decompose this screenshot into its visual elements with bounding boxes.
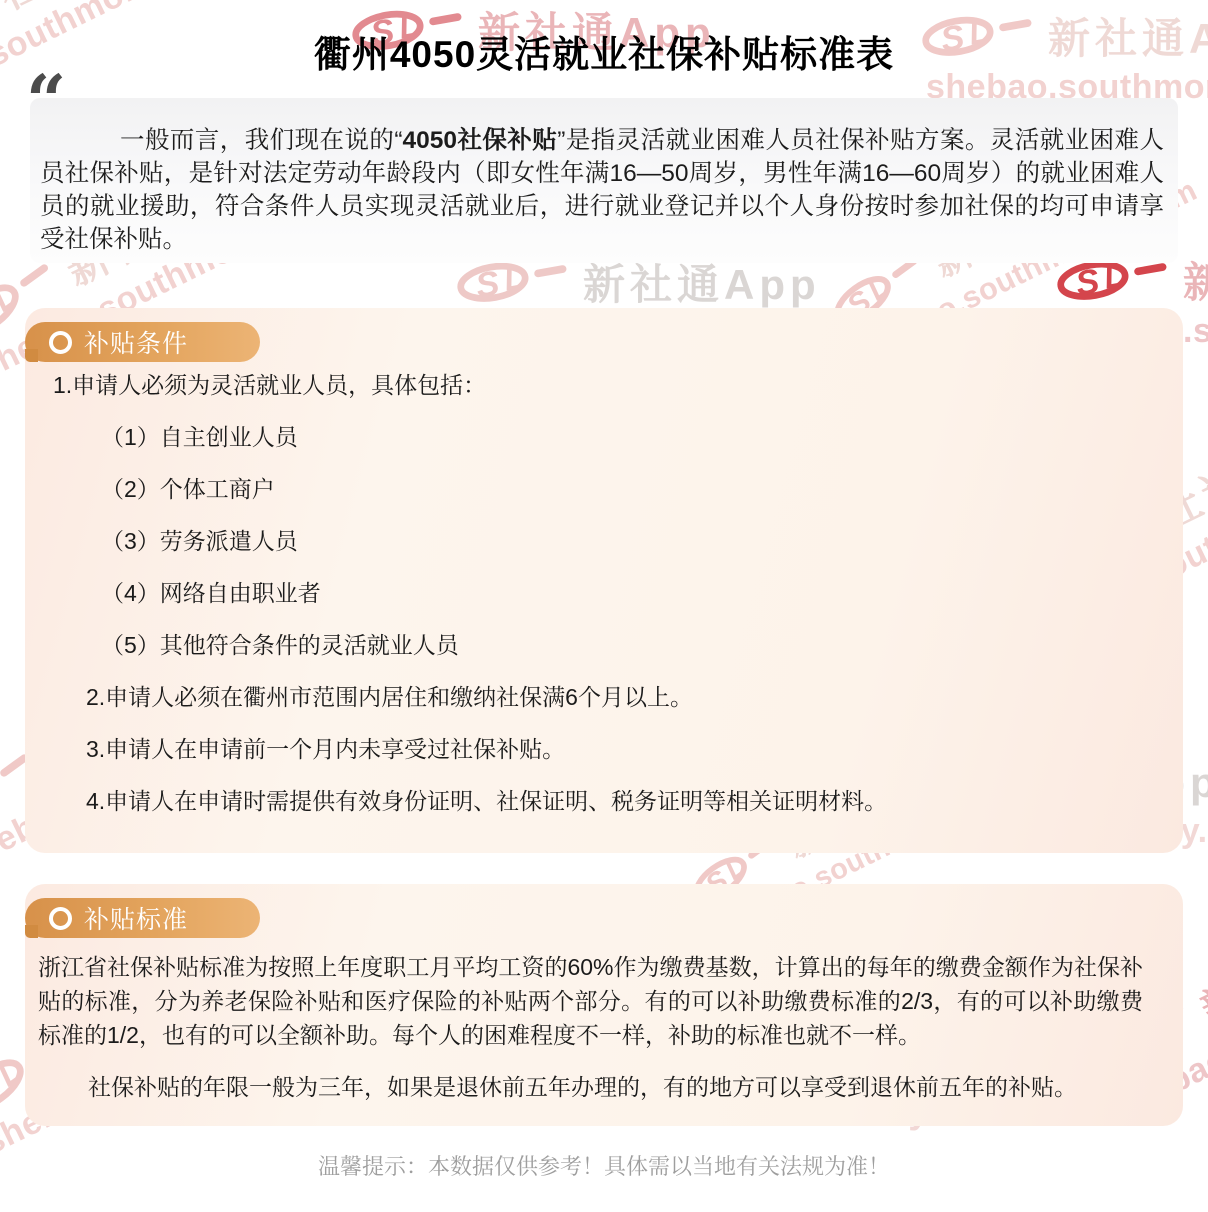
intro-text-highlight: 4050社保补贴 <box>403 127 558 154</box>
condition-item: 3.申请人在申请前一个月内未享受过社保补贴。 <box>86 736 1143 762</box>
svg-text:S: S <box>0 293 4 337</box>
standard-paragraph: 浙江省社保补贴标准为按照上年度职工月平均工资的60%作为缴费基数，计算出的每年的… <box>38 950 1143 1052</box>
circle-bullet-icon <box>49 907 72 930</box>
condition-sub-item: （4）网络自由职业者 <box>101 580 1143 606</box>
section-subsidy-conditions: 补贴条件 1.申请人必须为灵活就业人员，具体包括： （1）自主创业人员 （2）个… <box>25 308 1183 853</box>
svg-text:L: L <box>501 259 527 298</box>
section-heading-pill: 补贴条件 <box>25 322 260 362</box>
svg-text:L: L <box>719 850 751 885</box>
condition-item: 4.申请人在申请时需提供有效身份证明、社保证明、税务证明等相关证明材料。 <box>86 788 1143 814</box>
svg-text:L: L <box>0 767 3 808</box>
section-subsidy-standard: 补贴标准 浙江省社保补贴标准为按照上年度职工月平均工资的60%作为缴费基数，计算… <box>25 884 1183 1126</box>
svg-text:S: S <box>473 264 502 305</box>
quote-icon: “ <box>26 66 66 136</box>
svg-text:L: L <box>861 270 895 307</box>
page-title: 衢州4050灵活就业社保补贴标准表 <box>0 24 1208 78</box>
svg-text:L: L <box>0 277 23 318</box>
footer-note: 温馨提示：本数据仅供参考！具体需以当地有关法规为准！ <box>0 1150 1208 1181</box>
section-heading-label: 补贴条件 <box>84 324 188 360</box>
svg-text:S: S <box>0 1068 9 1112</box>
condition-item: 2.申请人必须在衢州市范围内居住和缴纳社保满6个月以上。 <box>86 684 1143 710</box>
brand-name: 新社通App <box>1190 880 1208 1038</box>
standard-paragraph: 社保补贴的年限一般为三年，如果是退休前五年办理的，有的地方可以享受到退休前五年的… <box>38 1070 1143 1104</box>
svg-text:S: S <box>1073 262 1102 303</box>
circle-bullet-icon <box>49 331 72 354</box>
intro-quote-box: 一般而言，我们现在说的“4050社保补贴”是指灵活就业困难人员社保补贴方案。灵活… <box>30 98 1178 263</box>
brand-name: 新社通App <box>1183 250 1208 310</box>
section-heading-label: 补贴标准 <box>84 900 188 936</box>
brand-logo-icon: S L <box>455 259 573 305</box>
brand-logo-icon: S L <box>1055 257 1173 303</box>
condition-sub-item: （1）自主创业人员 <box>101 424 1143 450</box>
intro-paragraph: 一般而言，我们现在说的“4050社保补贴”是指灵活就业困难人员社保补贴方案。灵活… <box>40 124 1164 256</box>
section-heading-pill: 补贴标准 <box>25 898 260 938</box>
svg-text:L: L <box>0 1052 28 1093</box>
intro-text-pre: 一般而言，我们现在说的“ <box>120 127 403 154</box>
condition-sub-item: （3）劳务派遣人员 <box>101 528 1143 554</box>
condition-lead: 1.申请人必须为灵活就业人员，具体包括： <box>53 372 1143 398</box>
condition-sub-item: （5）其他符合条件的灵活就业人员 <box>101 632 1143 658</box>
condition-sub-item: （2）个体工商户 <box>101 476 1143 502</box>
